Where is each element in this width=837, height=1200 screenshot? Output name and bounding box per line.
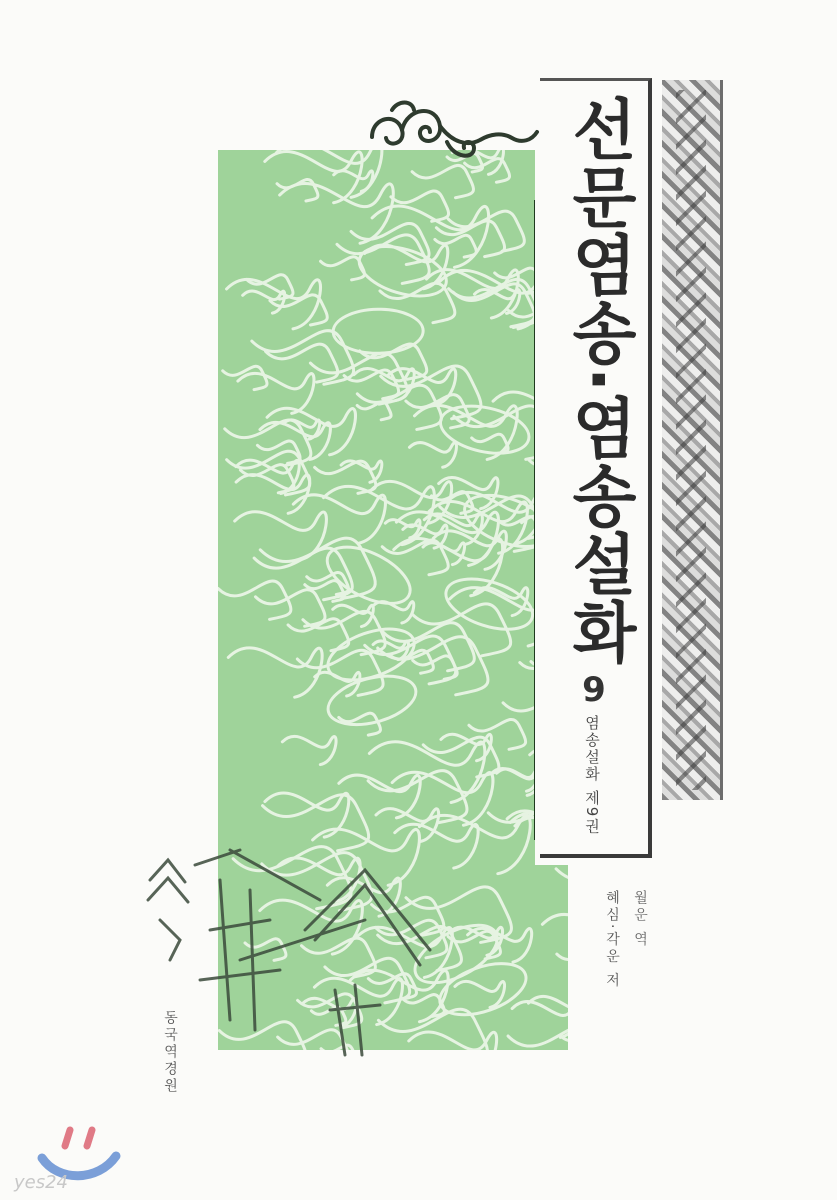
mountain-figure-calligraphy: [140, 820, 460, 1060]
translator-name: 월운 역: [630, 890, 650, 948]
book-cover: 선문염송·염송설화 9 염송설화 제9권: [0, 0, 837, 1200]
yes24-watermark: yes24: [14, 1172, 68, 1193]
book-title: 선문염송·염송설화: [558, 95, 638, 666]
publisher-name: 동국역경원: [160, 1010, 180, 1095]
author-name: 혜심·각운 저: [602, 890, 622, 990]
cloud-scroll-icon: [362, 92, 542, 172]
volume-number: 9: [574, 670, 614, 710]
ornament-strip-pattern: [676, 90, 706, 790]
book-subtitle: 염송설화 제9권: [582, 715, 603, 835]
